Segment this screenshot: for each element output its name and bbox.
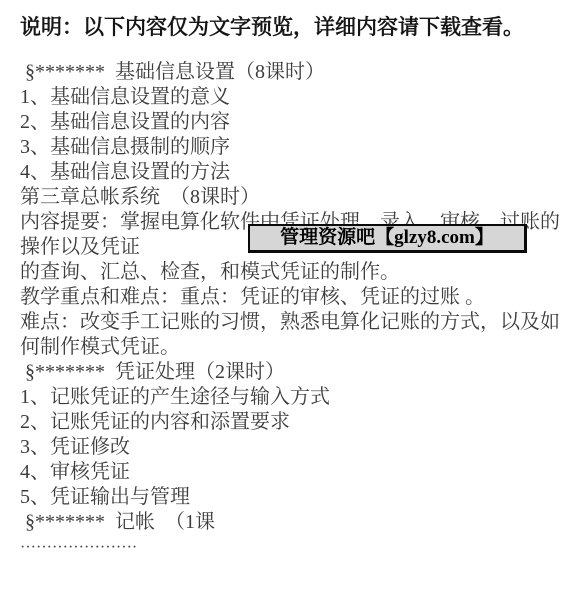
text-line: 教学重点和难点：重点：凭证的审核、凭证的过账 。 xyxy=(20,285,578,310)
text-line: 第三章总帐系统 （8课时） xyxy=(20,185,578,210)
text-line: §******* 基础信息设置（8课时） xyxy=(20,60,578,85)
text-line: §******* 凭证处理（2课时） xyxy=(20,360,578,385)
text-line: ······················ xyxy=(20,535,578,560)
text-line: 4、审核凭证 xyxy=(20,460,578,485)
document-text-body: §******* 基础信息设置（8课时）1、基础信息设置的意义2、基础信息设置的… xyxy=(0,60,578,560)
document-preview-page: 说明：以下内容仅为文字预览，详细内容请下载查看。 §******* 基础信息设置… xyxy=(0,0,578,600)
text-line: 4、基础信息设置的方法 xyxy=(20,160,578,185)
text-line: 难点：改变手工记账的习惯，熟悉电算化记账的方式，以及如 xyxy=(20,310,578,335)
text-line: §******* 记帐 （1课 xyxy=(20,510,578,535)
text-line: 2、记账凭证的内容和添置要求 xyxy=(20,410,578,435)
text-line: 何制作模式凭证。 xyxy=(20,335,578,360)
text-line: 3、凭证修改 xyxy=(20,435,578,460)
preview-notice: 说明：以下内容仅为文字预览，详细内容请下载查看。 xyxy=(0,0,578,41)
text-line: 的查询、汇总、检查，和模式凭证的制作。 xyxy=(20,260,578,285)
text-line: 3、基础信息摄制的顺序 xyxy=(20,135,578,160)
site-watermark-stamp: 管理资源吧【glzy8.com】 xyxy=(248,224,527,253)
text-line: 2、基础信息设置的内容 xyxy=(20,110,578,135)
text-line: 1、基础信息设置的意义 xyxy=(20,85,578,110)
text-line: 5、凭证输出与管理 xyxy=(20,485,578,510)
text-line: 1、记账凭证的产生途径与输入方式 xyxy=(20,385,578,410)
